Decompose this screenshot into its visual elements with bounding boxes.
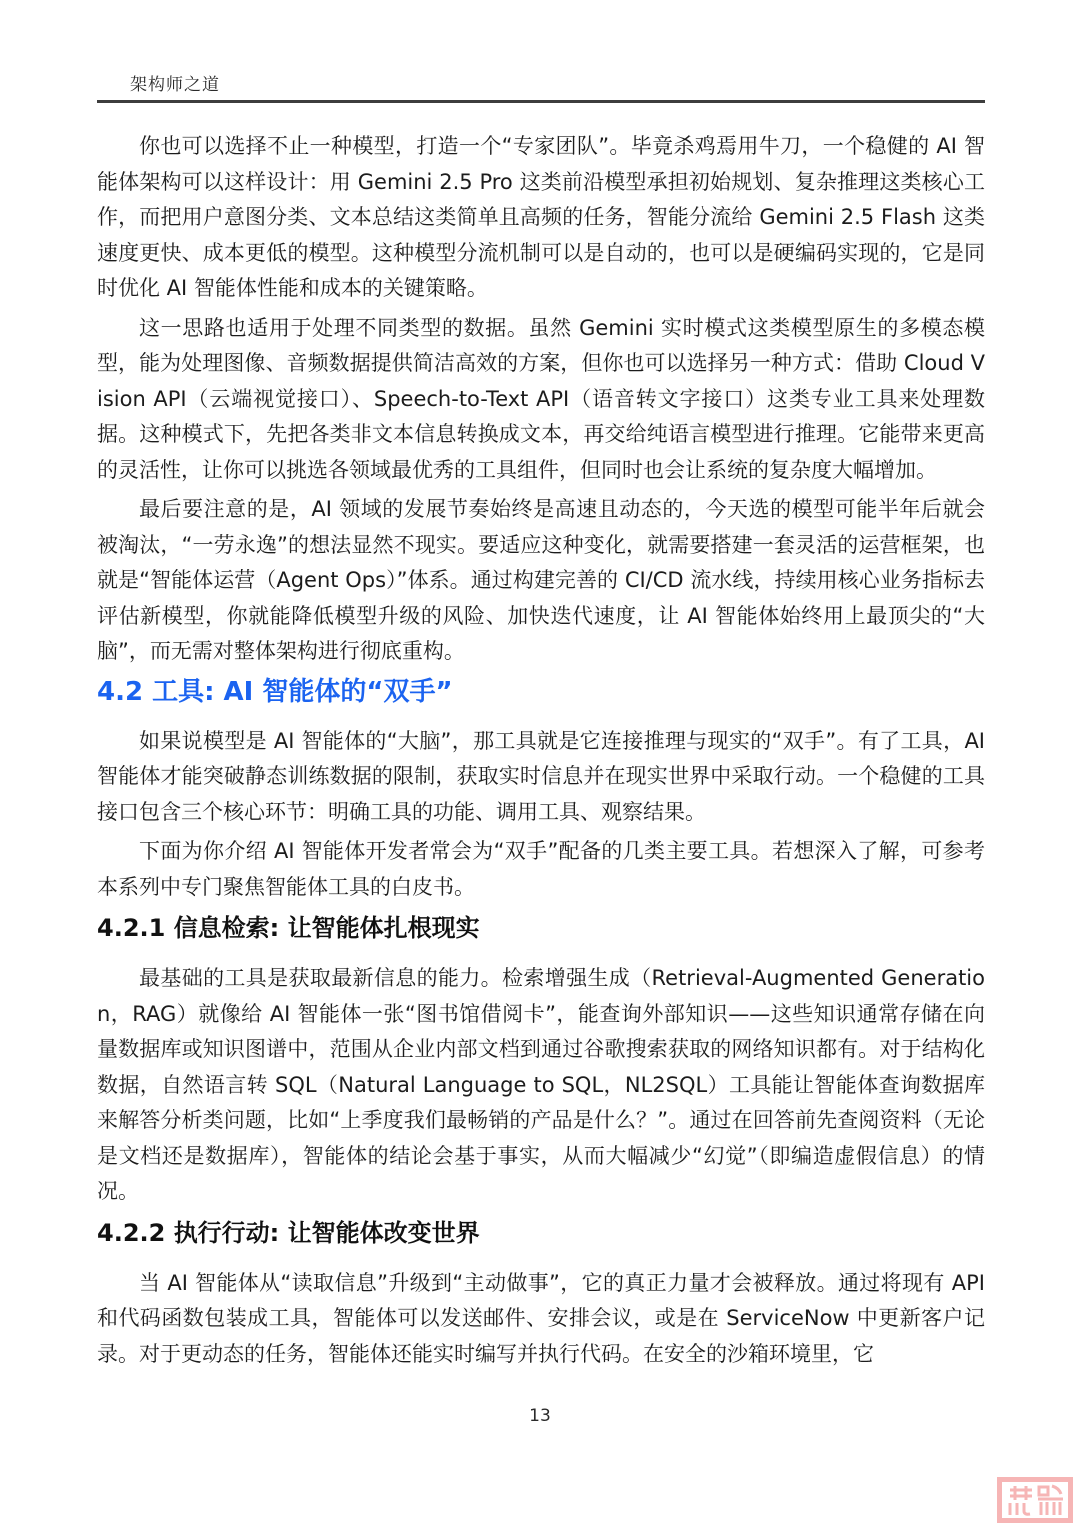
paragraph-model-team: 你也可以选择不止一种模型，打造一个“专家团队”。毕竟杀鸡焉用牛刀，一个稳健的 A…	[97, 129, 985, 307]
subsection-heading-4-2-2-actions: 4.2.2 执行行动: 让智能体改变世界	[97, 1216, 985, 1250]
subsection-heading-4-2-1-retrieval: 4.2.1 信息检索: 让智能体扎根现实	[97, 911, 985, 945]
section-heading-4-2-tools: 4.2 工具: AI 智能体的“双手”	[97, 674, 985, 710]
doc-header-title: 架构师之道	[130, 74, 985, 96]
paragraph-multimodal-data: 这一思路也适用于处理不同类型的数据。虽然 Gemini 实时模式这类模型原生的多…	[97, 311, 985, 489]
page-number: 13	[0, 1406, 1080, 1426]
document-body: 你也可以选择不止一种模型，打造一个“专家团队”。毕竟杀鸡焉用牛刀，一个稳健的 A…	[97, 129, 985, 1372]
paragraph-tools-intro: 如果说模型是 AI 智能体的“大脑”，那工具就是它连接推理与现实的“双手”。有了…	[97, 724, 985, 831]
paragraph-agent-ops: 最后要注意的是，AI 领域的发展节奏始终是高速且动态的，今天选的模型可能半年后就…	[97, 492, 985, 670]
document-page: 架构师之道 你也可以选择不止一种模型，打造一个“专家团队”。毕竟杀鸡焉用牛刀，一…	[0, 0, 1080, 1526]
header-rule	[97, 100, 985, 103]
paragraph-rag-nl2sql: 最基础的工具是获取最新信息的能力。检索增强生成（Retrieval-Augmen…	[97, 961, 985, 1210]
paragraph-tools-whitepaper: 下面为你介绍 AI 智能体开发者常会为“双手”配备的几类主要工具。若想深入了解，…	[97, 834, 985, 905]
paragraph-take-action: 当 AI 智能体从“读取信息”升级到“主动做事”，它的真正力量才会被释放。通过将…	[97, 1266, 985, 1373]
red-seal-stamp-icon	[997, 1477, 1073, 1523]
